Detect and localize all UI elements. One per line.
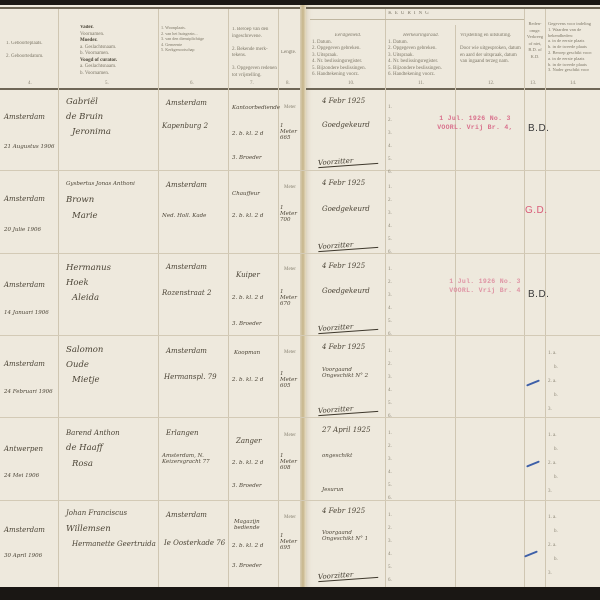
birthdate: 30 April 1906 (4, 553, 56, 559)
row-separator (0, 417, 600, 418)
mother-name: Mietje (72, 375, 100, 385)
row-separator (0, 500, 600, 501)
occupation: Magazijn bediende (234, 519, 278, 531)
father-name: Gysbertus Jonas Anthoni (66, 181, 135, 187)
col-divider (455, 25, 456, 587)
birthdate: 24 Februari 1906 (4, 389, 56, 395)
birthplace: Antwerpen (4, 445, 43, 453)
residence: Amsterdam (166, 181, 207, 189)
keuring-date: 4 Febr 1925 (322, 262, 365, 270)
row-numbers: 1.2.3.4.5.6. (388, 101, 392, 179)
surname: Brown (66, 195, 94, 205)
father-name: Barend Anthon (66, 429, 120, 437)
col-number: 10. (348, 81, 354, 86)
birthdate: 20 Julie 1906 (4, 227, 56, 233)
bd-mark: B.D. (528, 289, 549, 300)
address: Ned. Holl. Kade (162, 213, 206, 219)
header-top-rule-right (306, 7, 600, 9)
father-name: Gabriël (66, 97, 98, 107)
address: Ie Oosterkade 76 (164, 539, 225, 547)
col-number: 14. (570, 81, 576, 86)
keuring-date: 27 April 1925 (322, 426, 371, 434)
birthdate: 14 Januari 1906 (4, 310, 56, 316)
keuring-date: 4 Febr 1925 (322, 97, 365, 105)
meter-label: Meter (284, 350, 296, 355)
height: 1 Meter 695 (280, 533, 300, 551)
header-bottom-rule-right (306, 88, 600, 90)
residence: Amsterdam (166, 511, 207, 519)
address: Rozenstraat 2 (162, 289, 211, 297)
marks: 2. b. kl. 2 d (232, 460, 263, 466)
father-name: Salomon (66, 345, 103, 355)
keuring-note: Jesurun (322, 487, 344, 493)
col-number: 4. (28, 81, 32, 86)
reasons: 3. Broeder (232, 155, 262, 161)
col14-labels: 1. a.b.2. a.b.3. (548, 511, 558, 581)
birthplace: Amsterdam (4, 281, 45, 289)
header-col6: 1. Woonplaats.2. van het huisgezin...3. … (161, 25, 226, 53)
residence: Amsterdam (166, 347, 207, 355)
meter-label: Meter (284, 515, 296, 520)
address: Kapenburg 2 (162, 122, 208, 130)
marks: 2. b. kl. 2 d (232, 213, 263, 219)
col14-labels: 1. a.b.2. a.b.3. (548, 429, 558, 499)
occupation: Koopman (234, 350, 260, 356)
keuring-rule (310, 19, 524, 20)
reasons: 3. Broeder (232, 483, 262, 489)
keuring-result: Voorgaand Ongeschikt N° 2 (322, 367, 382, 379)
address: Amsterdam, N. Keizersgracht 77 (162, 453, 226, 465)
height: 1 Meter 670 (280, 289, 300, 307)
header-col10: Eerstgemeld. 1. Datum.2. Opgegeven gebre… (312, 33, 384, 79)
header-bottom-rule (0, 88, 300, 90)
address: Hermanspl. 79 (164, 373, 217, 381)
height: 1 Meter 608 (280, 453, 300, 471)
bd-mark: B.D. (528, 123, 549, 134)
occupation: Kuiper (236, 271, 260, 279)
meter-label: Meter (284, 267, 296, 272)
keuring-result: Goedgekeurd (322, 205, 370, 213)
meter-label: Meter (284, 105, 296, 110)
header-col11: Herkeuringsraad. 1. Datum.2. Opgegeven g… (388, 33, 454, 79)
father-name: Hermanus (66, 263, 111, 273)
reasons: 3. Broeder (232, 321, 262, 327)
mother-name: Aleida (72, 293, 99, 303)
header-col8: Lengte. (281, 50, 301, 57)
residence: Amsterdam (166, 99, 207, 107)
header-col14: Gegevens voor indeling1. Waarden van de … (548, 21, 600, 73)
marks: 2. b. kl. 2 d (232, 131, 263, 137)
row-numbers: 1.2.3.4.5.6. (388, 427, 392, 505)
meter-label: Meter (284, 433, 296, 438)
keuring-date: 4 Febr 1925 (322, 507, 365, 515)
exemption-stamp: 1 Jul. 1926 No. 3 VOORL. Vrij Br. 4 (440, 277, 530, 295)
occupation: Chauffeur (232, 191, 260, 197)
height: 1 Meter 665 (280, 123, 300, 141)
col-number: 5. (105, 81, 109, 86)
keuring-result: Goedgekeurd (322, 287, 370, 295)
keuring-date: 4 Febr 1925 (322, 179, 365, 187)
marks: 2. b. kl. 2 d (232, 377, 263, 383)
row-numbers: 1.2.3.4.5.6. (388, 263, 392, 341)
header-col4: 1. Geboorteplaats.2. Geboortedatum. (6, 41, 56, 61)
exemption-stamp: 1 Jul. 1926 No. 3 VOORL. Vrij Br. 4, (430, 114, 520, 132)
row-separator (0, 253, 600, 254)
col-number: 13. (530, 81, 536, 86)
birthplace: Amsterdam (4, 360, 45, 368)
header-col7: 1. Beroep van den ingeschrevene.2. Beken… (232, 27, 277, 79)
birthdate: 21 Augustus 1906 (4, 144, 56, 150)
col14-labels: 1. a.b.2. a.b.3. (548, 347, 558, 417)
keuring-result: Goedgekeurd (322, 121, 370, 129)
col-number: 6. (190, 81, 194, 86)
mother-name: Rosa (72, 459, 93, 469)
col-number: 8. (286, 81, 290, 86)
reasons: 3. Broeder (232, 563, 262, 569)
ledger-spread: 1. Geboorteplaats.2. Geboortedatum. Vade… (0, 5, 600, 587)
birthplace: Amsterdam (4, 195, 45, 203)
header-col12: Vrijstelling en uitsluiting.Door wie uit… (460, 33, 522, 66)
marks: 2. b. kl. 2 d (232, 295, 263, 301)
mother-name: Jeronima (72, 127, 111, 137)
row-numbers: 1.2.3.4.5.6. (388, 509, 392, 587)
occupation: Kantoorbediende (232, 105, 277, 111)
height: 1 Meter 605 (280, 371, 300, 389)
birthplace: Amsterdam (4, 113, 45, 121)
surname: de Haaff (66, 443, 103, 453)
keuring-date: 4 Febr 1925 (322, 343, 365, 351)
col-number: 12. (488, 81, 494, 86)
marks: 2. b. kl. 2 d (232, 543, 263, 549)
residence: Amsterdam (166, 263, 207, 271)
col-number: 11. (418, 81, 424, 86)
row-separator (0, 170, 600, 171)
mother-name: Marie (72, 211, 98, 221)
surname: Oude (66, 360, 89, 370)
header-col5: Vader.Voornamen. Moeder.a. Geslachtsnaam… (80, 25, 156, 77)
father-name: Johan Franciscus (66, 509, 127, 517)
surname: Hoek (66, 278, 89, 288)
header-col13: Reden-omge. Verkreeg of niet, B.D. of K.… (526, 21, 544, 60)
occupation: Zanger (236, 437, 262, 445)
residence: Erlangen (166, 429, 199, 437)
row-numbers: 1.2.3.4.5.6. (388, 345, 392, 423)
surname: de Bruin (66, 112, 103, 122)
meter-label: Meter (284, 185, 296, 190)
birthplace: Amsterdam (4, 526, 45, 534)
height: 1 Meter 700 (280, 205, 300, 223)
mother-name: Hermanette Geertruida (72, 540, 156, 548)
row-numbers: 1.2.3.4.5.6. (388, 181, 392, 259)
col-number: 7. (250, 81, 254, 86)
keuring-result: ongeschikt (322, 453, 352, 459)
row-separator (0, 335, 600, 336)
gd-mark: G.D. (525, 205, 548, 216)
header-top-rule (0, 7, 300, 9)
surname: Willemsen (66, 524, 111, 534)
keuring-result: Voorgaand Ongeschikt N° 1 (322, 530, 382, 542)
keuring-title: KEURING (360, 11, 460, 18)
birthdate: 24 Mei 1906 (4, 473, 56, 479)
